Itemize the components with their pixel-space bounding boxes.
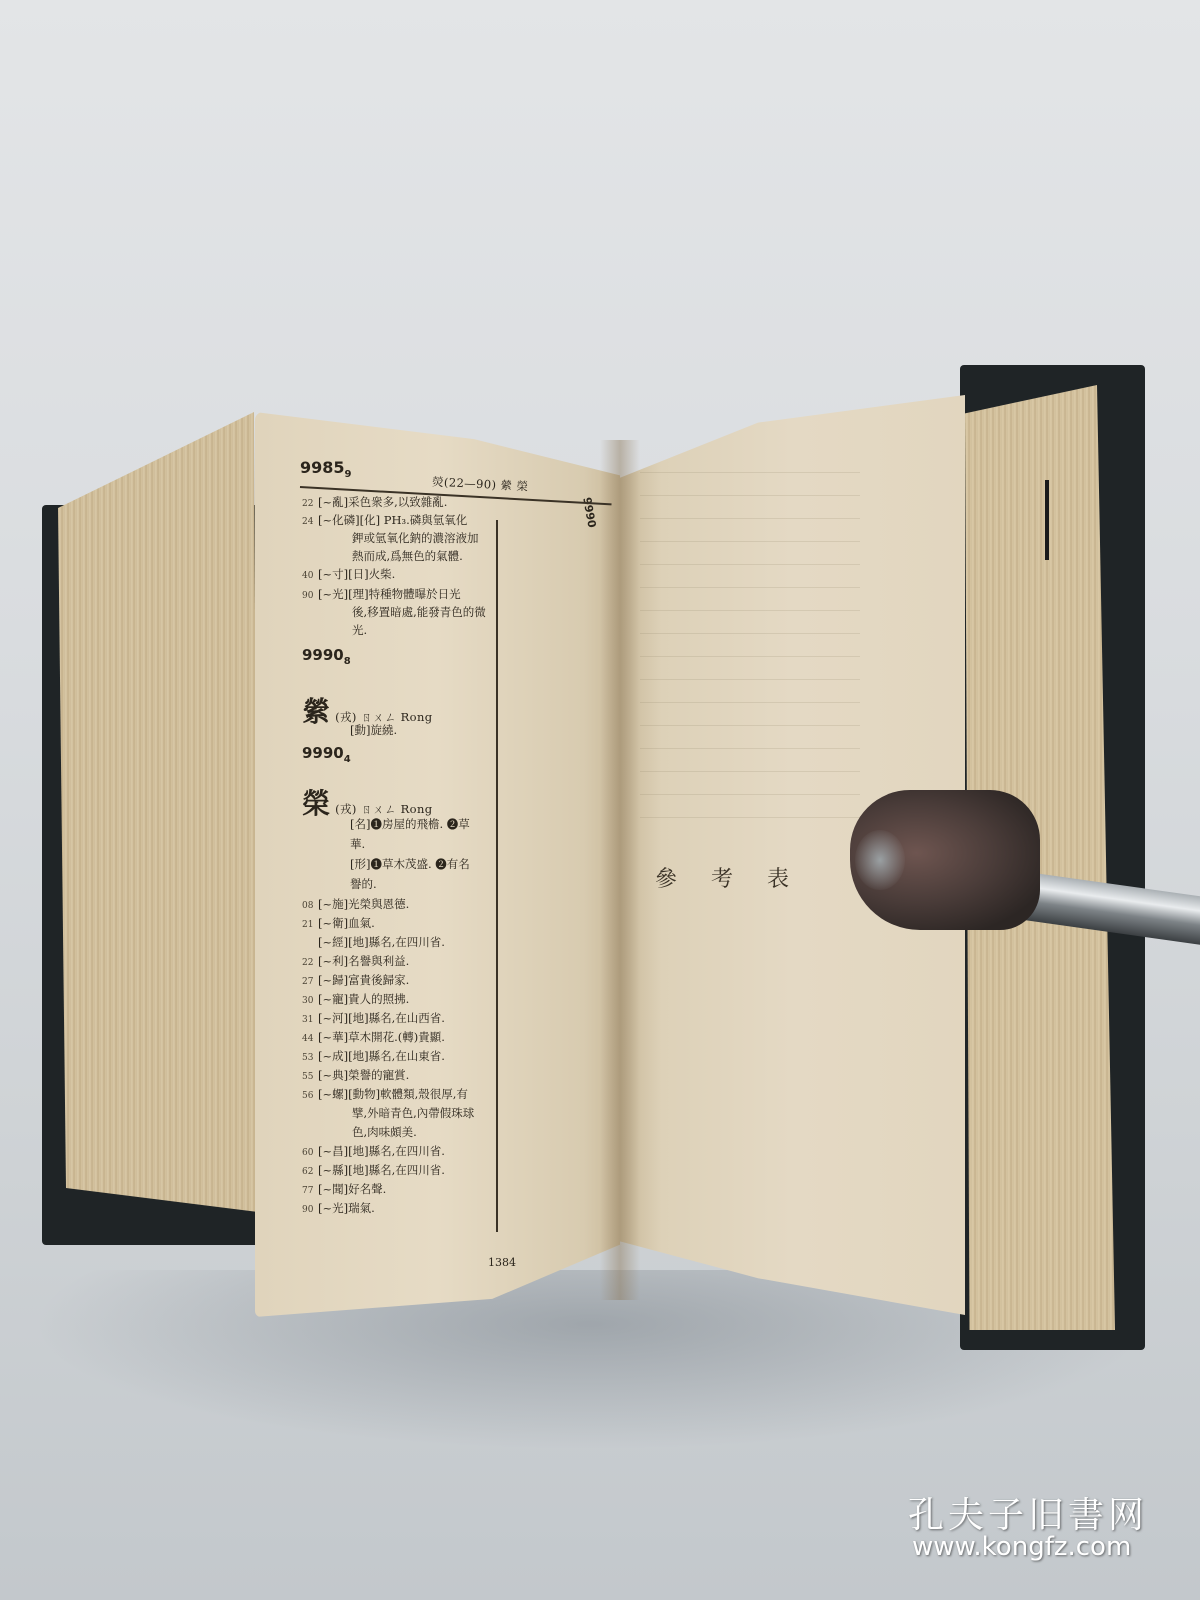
compound-entry: 27[~歸]富貴後歸家. (302, 972, 409, 988)
show-through-text (640, 450, 860, 1150)
compound-entry: 62[~縣][地]縣名,在四川省. (302, 1162, 445, 1178)
book-spine-shadow (600, 440, 640, 1300)
ornament-highlight (855, 830, 905, 890)
entry-line: 90[~光][理]特種物體曝於日光 (302, 586, 461, 602)
compound-entry: 60[~昌][地]縣名,在四川省. (302, 1143, 445, 1159)
definition: [動]旋繞. (350, 722, 397, 738)
compound-entry: 55[~典]榮譽的寵賞. (302, 1067, 409, 1083)
entry-line: 鉀或氫氧化鈉的濃溶液加 (302, 530, 479, 546)
section-number: 99904 (302, 744, 351, 765)
compound-entry: 31[~河][地]縣名,在山西省. (302, 1010, 445, 1026)
compound-entry: 77[~聞]好名聲. (302, 1181, 386, 1197)
compound-entry: 30[~寵]貴人的照拂. (302, 991, 409, 1007)
compound-entry: 22[~利]名譽與利益. (302, 953, 409, 969)
compound-entry: 色,肉味頗美. (302, 1124, 417, 1140)
compound-entry: 44[~華]草木開花.(轉)貴顯. (302, 1029, 445, 1045)
definition: [形]❶草木茂盛. ❷有名 (350, 856, 470, 872)
page-edges-left (58, 412, 258, 1212)
corner-entry-number: 99859 (300, 458, 352, 480)
cover-edge-mark (1045, 480, 1049, 560)
page-number: 1384 (488, 1256, 516, 1269)
section-number: 99908 (302, 646, 351, 667)
entry-line: 24[~化磷][化] PH₃.磷與氫氧化 (302, 512, 467, 528)
entry-line: 後,移置暗處,能發青色的微 (302, 604, 486, 620)
definition: [名]❶房屋的飛檐. ❷草 (350, 816, 470, 832)
column-rule (496, 520, 498, 1232)
watermark-url: www.kongfz.com (912, 1532, 1131, 1562)
entry-line: 光. (302, 622, 367, 638)
compound-entry: 08[~施]光榮與恩德. (302, 896, 409, 912)
compound-entry: [~經][地]縣名,在四川省. (302, 934, 445, 950)
pronunciation: (戎) ㄖㄨㄥ Rong (335, 802, 432, 816)
corner-number: 9985 (300, 458, 345, 477)
definition: 譽的. (350, 876, 377, 892)
watermark-site-name: 孔夫子旧書网 (908, 1487, 1148, 1538)
compound-entry: 53[~成][地]縣名,在山東省. (302, 1048, 445, 1064)
compound-entry: 90[~光]瑞氣. (302, 1200, 375, 1216)
compound-entry: 21[~衛]血氣. (302, 915, 375, 931)
entry-line: 40[~寸][日]火柴. (302, 566, 395, 582)
definition: 華. (350, 836, 365, 852)
corner-number-sub: 9 (345, 469, 352, 480)
section-title: 參考表 (655, 862, 823, 893)
compound-entry: 擘,外暗青色,內帶假珠球 (302, 1105, 474, 1121)
compound-entry: 56[~螺][動物]軟體類,殼很厚,有 (302, 1086, 468, 1102)
headword: 縈 (302, 695, 330, 728)
entry-line: 熱而成,爲無色的氣體. (302, 548, 463, 564)
entry-line: 22[~亂]采色衆多,以致雜亂. (302, 494, 447, 510)
headword: 榮 (302, 787, 330, 820)
